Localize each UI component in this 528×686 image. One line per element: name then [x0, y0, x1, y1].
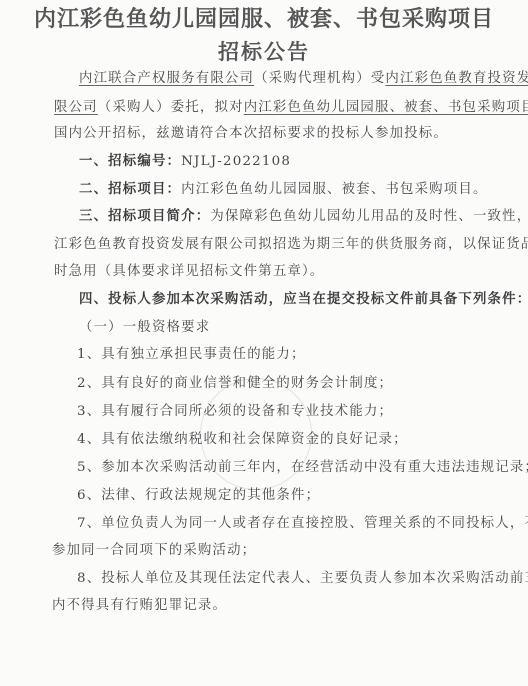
lower-section	[0, 0, 528, 686]
